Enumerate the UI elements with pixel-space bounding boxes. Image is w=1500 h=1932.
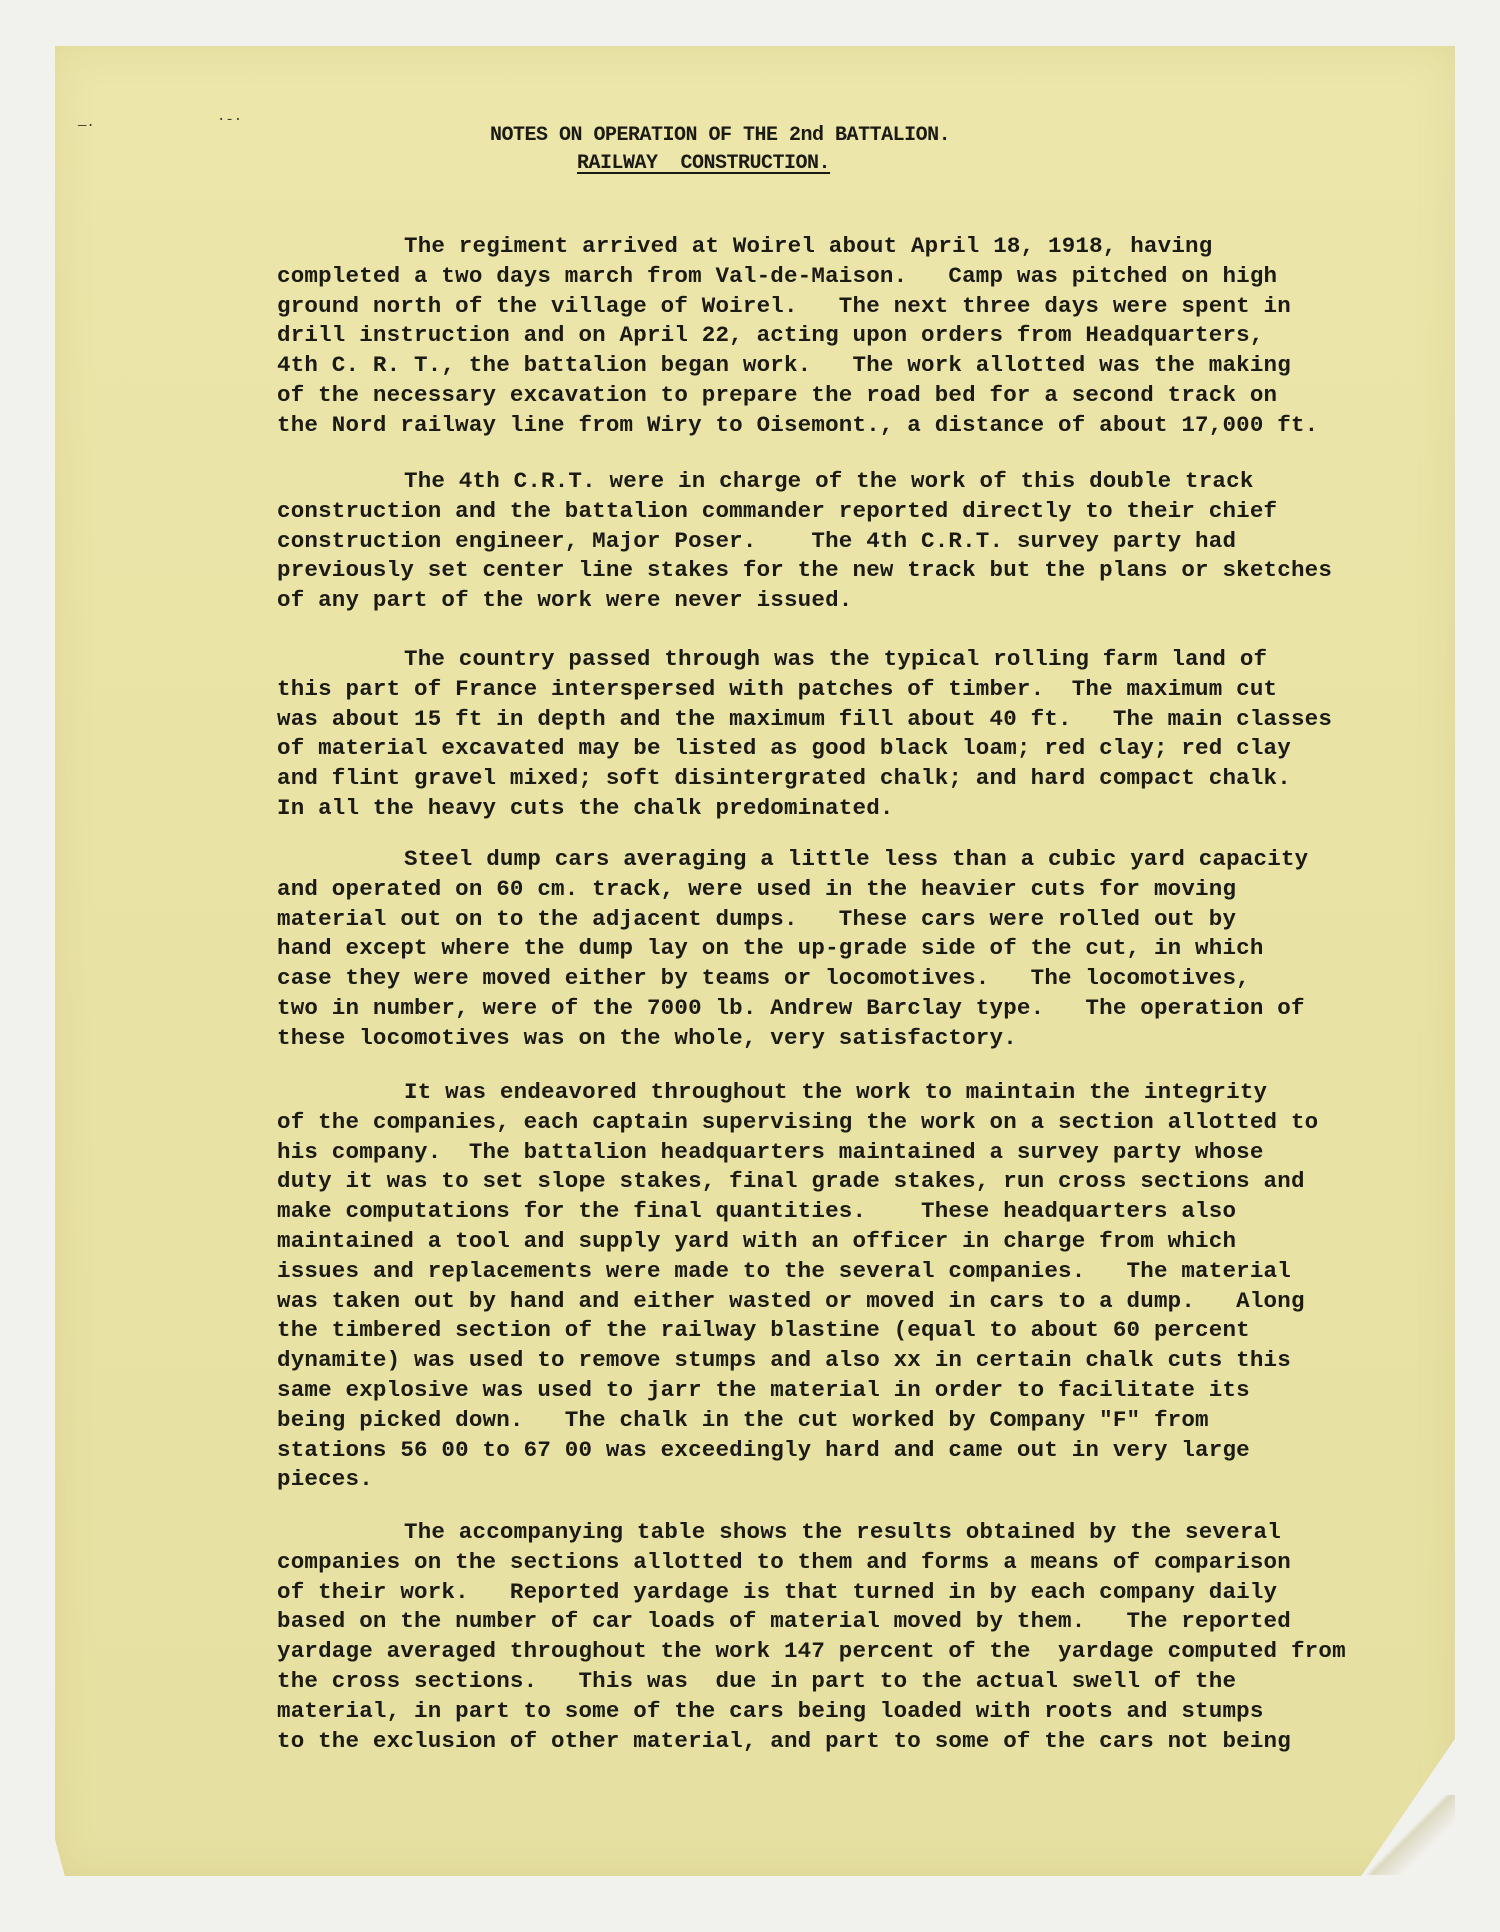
text-line: yardage averaged throughout the work 147… (277, 1637, 1427, 1667)
text-line: two in number, were of the 7000 lb. Andr… (277, 994, 1427, 1024)
document-title: NOTES ON OPERATION OF THE 2nd BATTALION. (490, 124, 950, 147)
text-line: these locomotives was on the whole, very… (277, 1024, 1427, 1054)
text-line: of any part of the work were never issue… (277, 586, 1427, 616)
margin-mark: ·-· (217, 112, 242, 128)
text-line: and flint gravel mixed; soft disintergra… (277, 764, 1427, 794)
text-line: 4th C. R. T., the battalion began work. … (277, 351, 1427, 381)
text-line: of their work. Reported yardage is that … (277, 1578, 1427, 1608)
text-line: the Nord railway line from Wiry to Oisem… (277, 411, 1427, 441)
text-line: case they were moved either by teams or … (277, 964, 1427, 994)
text-line: of the necessary excavation to prepare t… (277, 381, 1427, 411)
text-line: to the exclusion of other material, and … (277, 1727, 1427, 1757)
text-line: of the companies, each captain supervisi… (277, 1108, 1427, 1138)
folded-corner (1360, 1795, 1455, 1875)
text-line: In all the heavy cuts the chalk predomin… (277, 794, 1427, 824)
paragraph: The 4th C.R.T. were in charge of the wor… (277, 467, 1427, 616)
text-line: based on the number of car loads of mate… (277, 1607, 1427, 1637)
text-line: same explosive was used to jarr the mate… (277, 1376, 1427, 1406)
text-line: dynamite) was used to remove stumps and … (277, 1346, 1427, 1376)
text-line: make computations for the final quantiti… (277, 1197, 1427, 1227)
text-line: It was endeavored throughout the work to… (277, 1078, 1427, 1108)
text-line: The accompanying table shows the results… (277, 1518, 1427, 1548)
text-line: ground north of the village of Woirel. T… (277, 292, 1427, 322)
document-subtitle: RAILWAY CONSTRUCTION. (577, 152, 830, 175)
text-line: The regiment arrived at Woirel about Apr… (277, 232, 1427, 262)
text-line: hand except where the dump lay on the up… (277, 934, 1427, 964)
text-line: material out on to the adjacent dumps. T… (277, 905, 1427, 935)
text-line: was about 15 ft in depth and the maximum… (277, 705, 1427, 735)
text-line: companies on the sections allotted to th… (277, 1548, 1427, 1578)
text-line: the timbered section of the railway blas… (277, 1316, 1427, 1346)
paragraph: The accompanying table shows the results… (277, 1518, 1427, 1756)
text-line: construction and the battalion commander… (277, 497, 1427, 527)
text-line: of material excavated may be listed as g… (277, 734, 1427, 764)
text-line: drill instruction and on April 22, actin… (277, 321, 1427, 351)
text-line: this part of France interspersed with pa… (277, 675, 1427, 705)
text-line: completed a two days march from Val-de-M… (277, 262, 1427, 292)
paragraph: Steel dump cars averaging a little less … (277, 845, 1427, 1054)
text-line: stations 56 00 to 67 00 was exceedingly … (277, 1436, 1427, 1466)
text-line: issues and replacements were made to the… (277, 1257, 1427, 1287)
paragraph: It was endeavored throughout the work to… (277, 1078, 1427, 1495)
text-line: the cross sections. This was due in part… (277, 1667, 1427, 1697)
text-line: construction engineer, Major Poser. The … (277, 527, 1427, 557)
text-line: was taken out by hand and either wasted … (277, 1287, 1427, 1317)
margin-mark: —· (78, 118, 95, 134)
text-line: his company. The battalion headquarters … (277, 1138, 1427, 1168)
text-line: maintained a tool and supply yard with a… (277, 1227, 1427, 1257)
text-line: previously set center line stakes for th… (277, 556, 1427, 586)
text-line: pieces. (277, 1465, 1427, 1495)
paragraph: The regiment arrived at Woirel about Apr… (277, 232, 1427, 441)
text-line: being picked down. The chalk in the cut … (277, 1406, 1427, 1436)
text-line: duty it was to set slope stakes, final g… (277, 1167, 1427, 1197)
text-line: and operated on 60 cm. track, were used … (277, 875, 1427, 905)
text-line: The 4th C.R.T. were in charge of the wor… (277, 467, 1427, 497)
text-line: Steel dump cars averaging a little less … (277, 845, 1427, 875)
text-line: material, in part to some of the cars be… (277, 1697, 1427, 1727)
paragraph: The country passed through was the typic… (277, 645, 1427, 824)
text-line: The country passed through was the typic… (277, 645, 1427, 675)
